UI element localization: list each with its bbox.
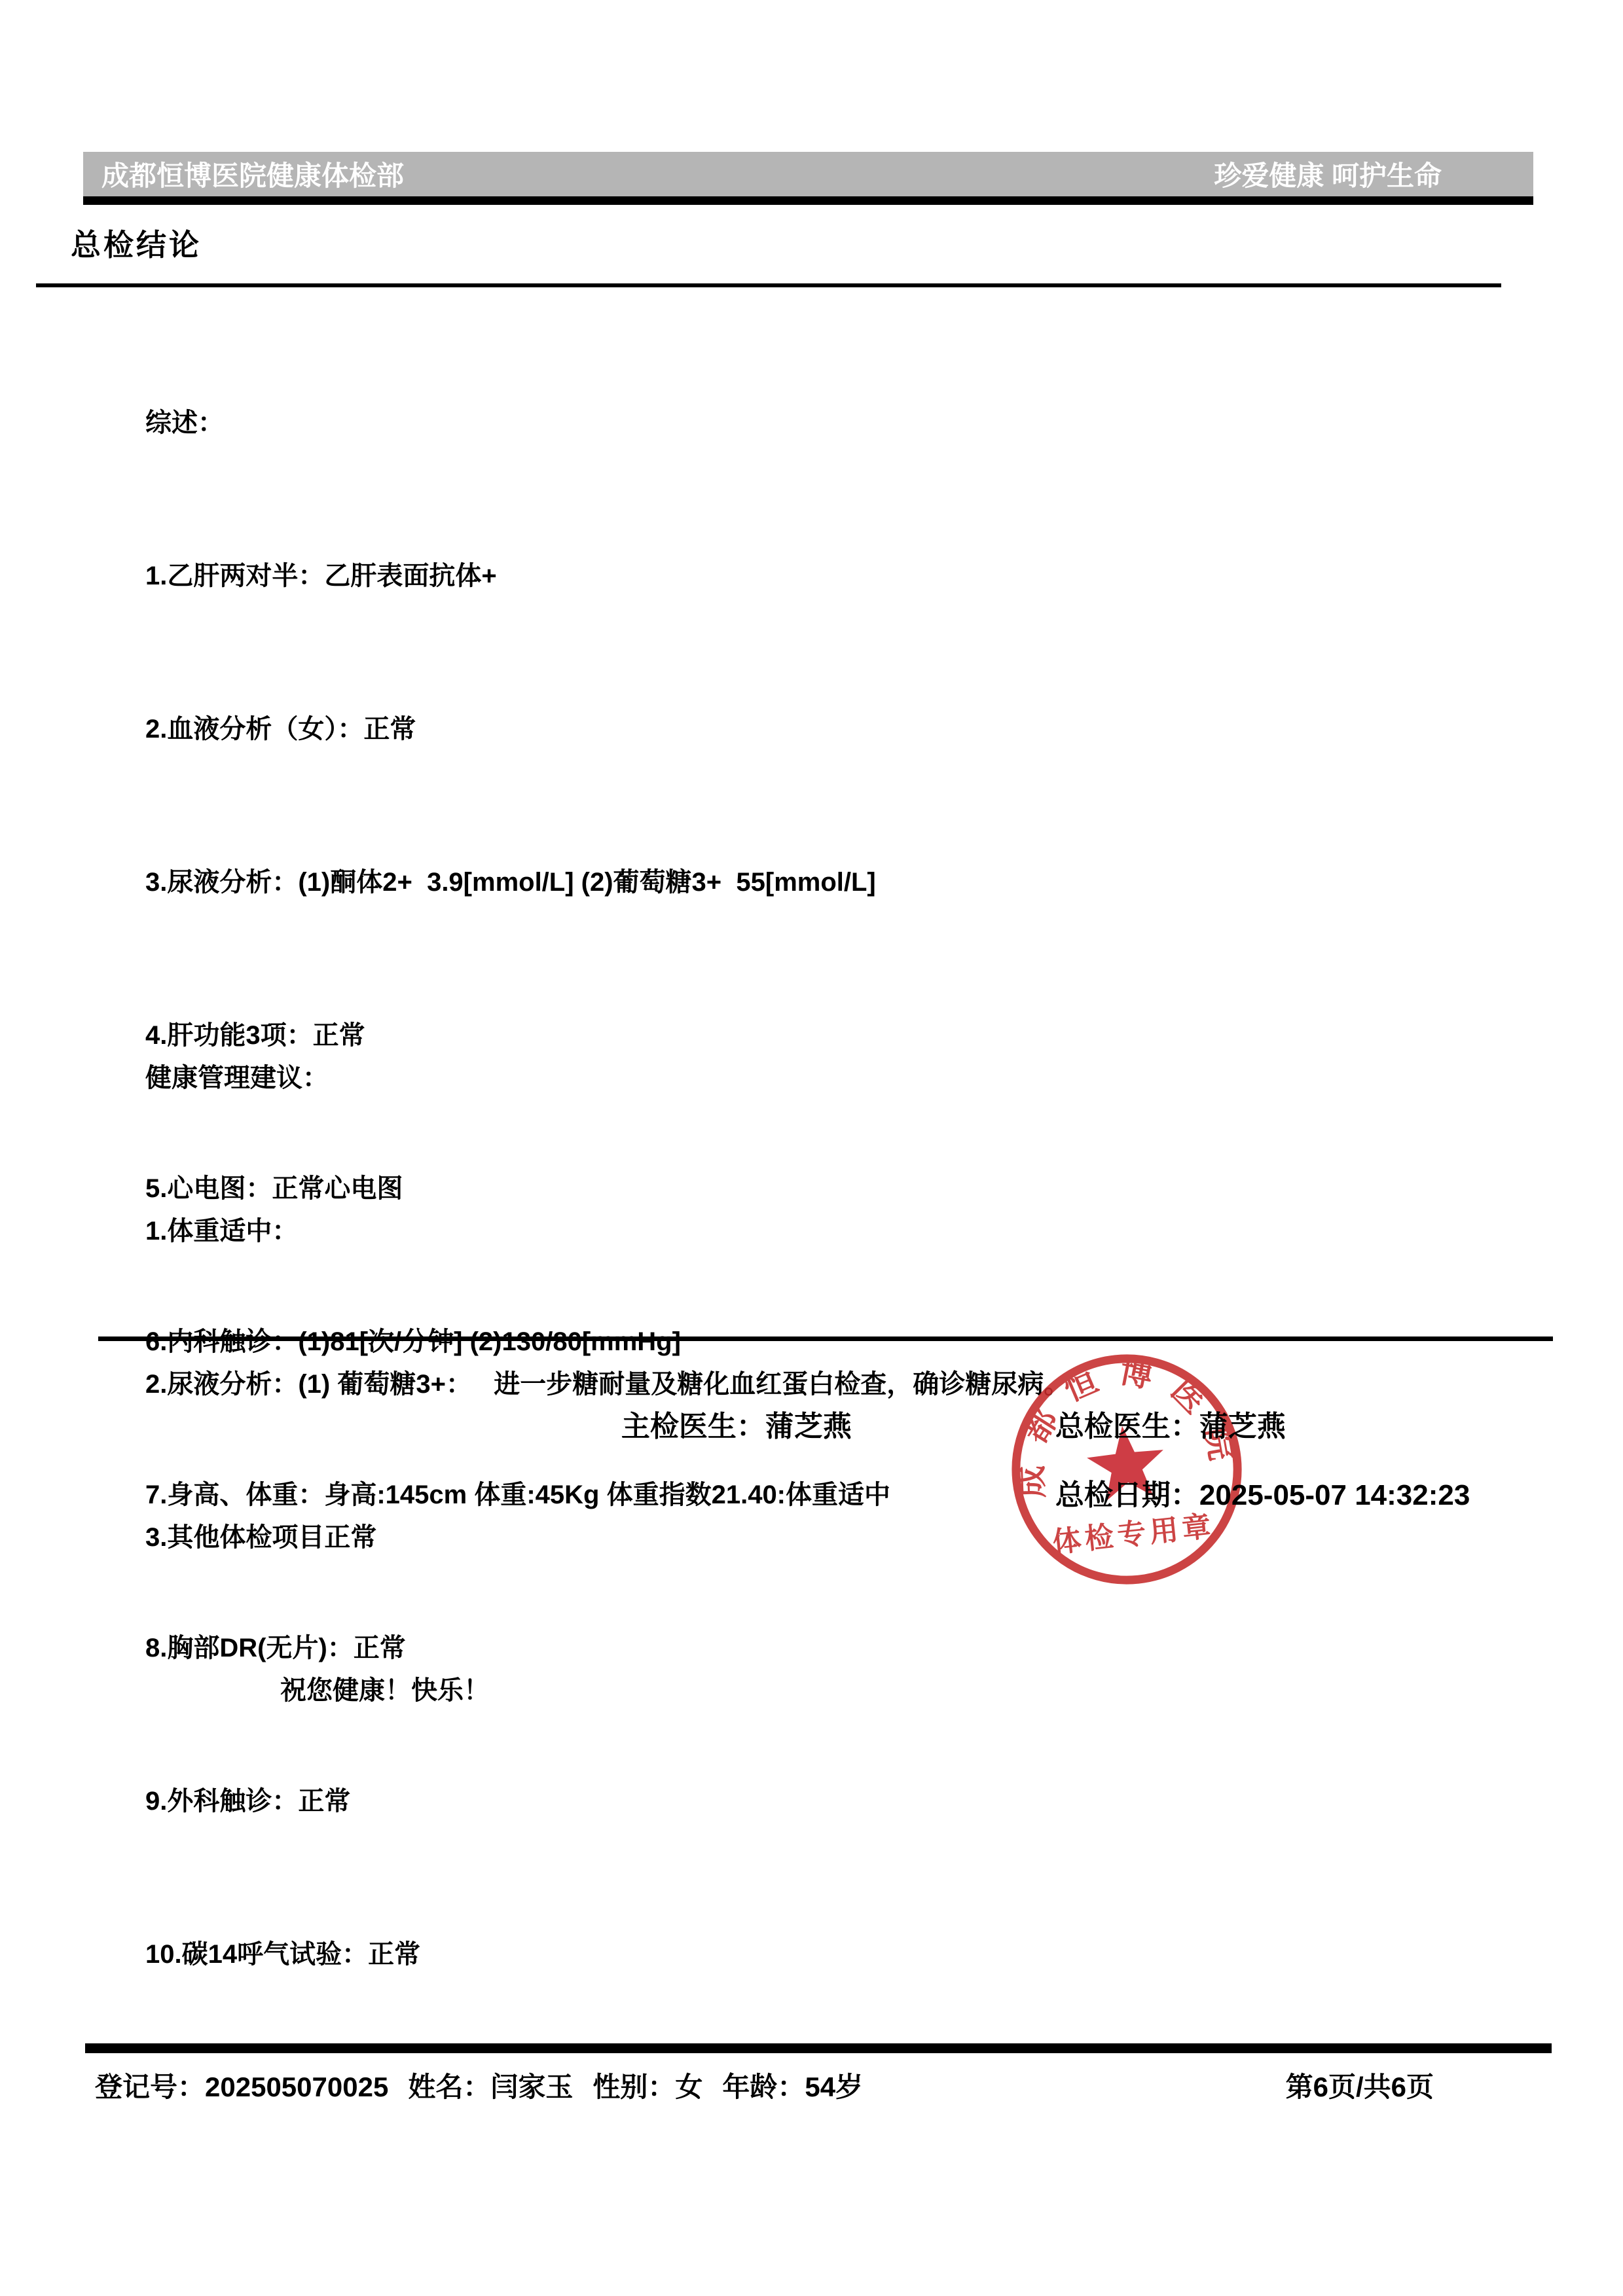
summary-item-1: 1.乙肝两对半：乙肝表面抗体+ [145, 550, 1520, 601]
chief-name: 蒲芝燕 [1199, 1410, 1286, 1443]
summary-heading: 综述： [145, 397, 1520, 448]
signature-rule [98, 1336, 1553, 1341]
examiner-name: 蒲芝燕 [765, 1410, 852, 1443]
footer-gender: 性别：女 [593, 2066, 702, 2105]
date-label: 总检日期： [1055, 1479, 1199, 1511]
name-value: 闫家玉 [490, 2072, 573, 2102]
footer-name: 姓名：闫家玉 [408, 2066, 573, 2105]
title-rule [36, 283, 1501, 287]
page-indicator: 第6页/共6页 [1286, 2066, 1434, 2105]
report-page: 成都恒博医院健康体检部 珍爱健康 呵护生命 总检结论 综述： 1.乙肝两对半：乙… [0, 0, 1623, 2296]
chief-label: 总检医生： [1055, 1410, 1199, 1443]
examiner-signature: 主检医生：蒲芝燕 [589, 1370, 852, 1477]
footer-age: 年龄：54岁 [722, 2066, 863, 2105]
gender-value: 女 [675, 2072, 702, 2102]
registration-label: 登记号： [95, 2072, 205, 2102]
header-bar: 成都恒博医院健康体检部 珍爱健康 呵护生命 [83, 152, 1533, 196]
suggestions-heading: 健康管理建议： [145, 1052, 1553, 1103]
footer: 登记号：202505070025 姓名：闫家玉 性别：女 年龄：54岁 第6页/… [95, 2066, 1539, 2105]
header-rule [83, 196, 1533, 205]
age-label: 年龄： [722, 2072, 805, 2102]
suggestion-item-1: 1.体重适中： [145, 1206, 1553, 1257]
header-hospital-name: 成都恒博医院健康体检部 [101, 154, 404, 194]
footer-rule [85, 2043, 1552, 2053]
footer-registration: 登记号：202505070025 [95, 2066, 388, 2105]
summary-item-10: 10.碳14呼气试验：正常 [145, 1929, 1520, 1980]
summary-item-2: 2.血液分析（女）：正常 [145, 704, 1520, 755]
header-slogan: 珍爱健康 呵护生命 [1214, 154, 1442, 194]
date-value: 2025-05-07 14:32:23 [1199, 1479, 1470, 1511]
age-value: 54岁 [805, 2072, 863, 2102]
registration-value: 202505070025 [205, 2072, 388, 2102]
gender-label: 性别： [593, 2072, 675, 2102]
final-check-date: 总检日期：2025-05-07 14:32:23 [1023, 1439, 1470, 1546]
examiner-label: 主检医生： [621, 1410, 765, 1443]
closing-wish: 祝您健康！快乐！ [145, 1665, 1553, 1716]
page-title: 总检结论 [71, 221, 202, 264]
name-label: 姓名： [408, 2072, 490, 2102]
summary-item-3: 3.尿液分析：(1)酮体2+ 3.9[mmol/L] (2)葡萄糖3+ 55[m… [145, 857, 1520, 908]
